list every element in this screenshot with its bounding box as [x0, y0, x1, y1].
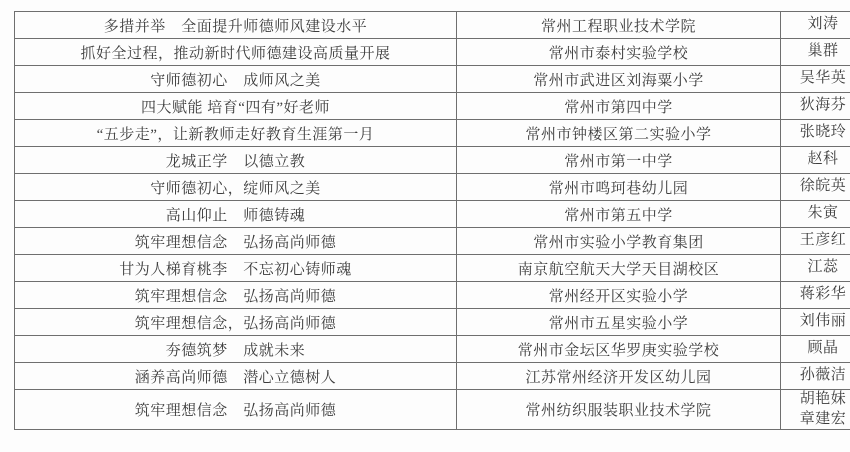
award-title-cell: 多措并举 全面提升师德师风建设水平 [15, 12, 457, 39]
school-name-cell: 常州工程职业技术学院 [457, 12, 781, 39]
table-row: “五步走”，让新教师走好教育生涯第一月 常州市钟楼区第二实验小学 张晓玲 [15, 120, 850, 147]
person-name-cell: 江蕊 [781, 255, 850, 282]
school-name-cell: 常州市五星实验小学 [457, 309, 781, 336]
table-row: 四大赋能 培育“四有”好老师 常州市第四中学 狄海芬 [15, 93, 850, 120]
table-row: 抓好全过程，推动新时代师德建设高质量开展 常州市泰村实验学校 巢群 [15, 39, 850, 66]
award-title-cell: 筑牢理想信念 弘扬高尚师德 [15, 228, 457, 255]
school-name-cell: 常州纺织服装职业技术学院 [457, 390, 781, 430]
award-title-cell: 抓好全过程，推动新时代师德建设高质量开展 [15, 39, 457, 66]
table-row: 守师德初心，绽师风之美 常州市鸣珂巷幼儿园 徐皖英 [15, 174, 850, 201]
table-row: 筑牢理想信念 弘扬高尚师德 常州纺织服装职业技术学院 胡艳妹 章建宏 [15, 390, 850, 430]
award-title-cell: 甘为人梯育桃李 不忘初心铸师魂 [15, 255, 457, 282]
award-title-cell: 涵养高尚师德 潜心立德树人 [15, 363, 457, 390]
person-name-cell: 朱寅 [781, 201, 850, 228]
awards-table-body: 多措并举 全面提升师德师风建设水平 常州工程职业技术学院 刘涛 抓好全过程，推动… [15, 12, 850, 430]
table-row: 筑牢理想信念 弘扬高尚师德 常州经开区实验小学 蒋彩华 [15, 282, 850, 309]
person-name-cell: 巢群 [781, 39, 850, 66]
person-name-cell: 蒋彩华 [781, 282, 850, 309]
person-name-cell: 徐皖英 [781, 174, 850, 201]
table-row: 多措并举 全面提升师德师风建设水平 常州工程职业技术学院 刘涛 [15, 12, 850, 39]
person-name-cell: 孙薇洁 [781, 363, 850, 390]
person-name-cell: 赵科 [781, 147, 850, 174]
award-title-cell: 筑牢理想信念 弘扬高尚师德 [15, 390, 457, 430]
awards-table: 多措并举 全面提升师德师风建设水平 常州工程职业技术学院 刘涛 抓好全过程，推动… [14, 11, 850, 430]
person-name-cell: 王彦红 [781, 228, 850, 255]
award-title-cell: 龙城正学 以德立教 [15, 147, 457, 174]
award-title-cell: 高山仰止 师德铸魂 [15, 201, 457, 228]
person-name-cell: 胡艳妹 章建宏 [781, 390, 850, 430]
school-name-cell: 常州市实验小学教育集团 [457, 228, 781, 255]
person-name-cell: 狄海芬 [781, 93, 850, 120]
school-name-cell: 南京航空航天大学天目湖校区 [457, 255, 781, 282]
person-name-cell: 刘伟丽 [781, 309, 850, 336]
person-name-cell: 顾晶 [781, 336, 850, 363]
school-name-cell: 常州市第一中学 [457, 147, 781, 174]
table-row: 守师德初心 成师风之美 常州市武进区刘海粟小学 吴华英 [15, 66, 850, 93]
award-title-cell: 筑牢理想信念，弘扬高尚师德 [15, 309, 457, 336]
person-name-cell: 吴华英 [781, 66, 850, 93]
school-name-cell: 常州市泰村实验学校 [457, 39, 781, 66]
scanned-document-page: 多措并举 全面提升师德师风建设水平 常州工程职业技术学院 刘涛 抓好全过程，推动… [0, 0, 850, 452]
award-title-cell: 守师德初心 成师风之美 [15, 66, 457, 93]
school-name-cell: 常州市鸣珂巷幼儿园 [457, 174, 781, 201]
school-name-cell: 常州市武进区刘海粟小学 [457, 66, 781, 93]
award-title-cell: 四大赋能 培育“四有”好老师 [15, 93, 457, 120]
school-name-cell: 常州经开区实验小学 [457, 282, 781, 309]
person-name-cell: 张晓玲 [781, 120, 850, 147]
school-name-cell: 常州市第四中学 [457, 93, 781, 120]
table-row: 筑牢理想信念 弘扬高尚师德 常州市实验小学教育集团 王彦红 [15, 228, 850, 255]
school-name-cell: 江苏常州经济开发区幼儿园 [457, 363, 781, 390]
person-name-cell: 刘涛 [781, 12, 850, 39]
award-title-cell: 夯德筑梦 成就未来 [15, 336, 457, 363]
school-name-cell: 常州市第五中学 [457, 201, 781, 228]
table-row: 涵养高尚师德 潜心立德树人 江苏常州经济开发区幼儿园 孙薇洁 [15, 363, 850, 390]
award-title-cell: 筑牢理想信念 弘扬高尚师德 [15, 282, 457, 309]
school-name-cell: 常州市钟楼区第二实验小学 [457, 120, 781, 147]
table-row: 甘为人梯育桃李 不忘初心铸师魂 南京航空航天大学天目湖校区 江蕊 [15, 255, 850, 282]
table-row: 夯德筑梦 成就未来 常州市金坛区华罗庚实验学校 顾晶 [15, 336, 850, 363]
table-row: 高山仰止 师德铸魂 常州市第五中学 朱寅 [15, 201, 850, 228]
table-row: 龙城正学 以德立教 常州市第一中学 赵科 [15, 147, 850, 174]
school-name-cell: 常州市金坛区华罗庚实验学校 [457, 336, 781, 363]
award-title-cell: 守师德初心，绽师风之美 [15, 174, 457, 201]
award-title-cell: “五步走”，让新教师走好教育生涯第一月 [15, 120, 457, 147]
table-row: 筑牢理想信念，弘扬高尚师德 常州市五星实验小学 刘伟丽 [15, 309, 850, 336]
